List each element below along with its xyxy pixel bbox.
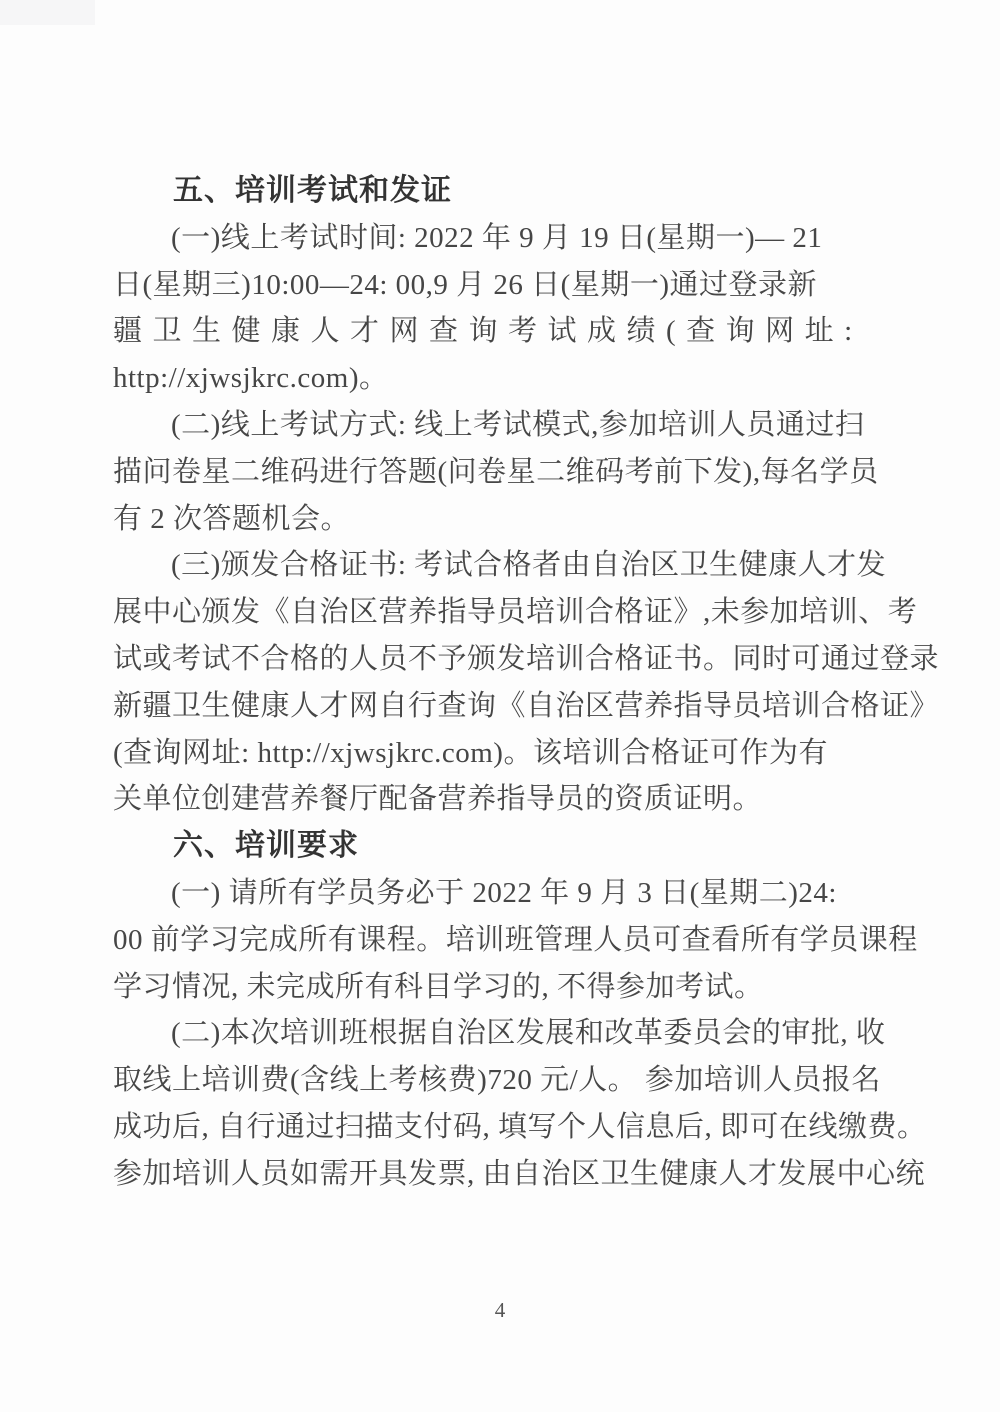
section-heading-training-exam-certification: 五、培训考试和发证: [113, 168, 880, 215]
doc-line: (一) 请所有学员务必于 2022 年 9 月 3 日(星期二)24:: [113, 870, 880, 917]
doc-line-url: http://xjwsjkrc.com)。: [113, 355, 880, 402]
doc-line: (二)本次培训班根据自治区发展和改革委员会的审批, 收: [113, 1010, 880, 1057]
doc-line: 参加培训人员如需开具发票, 由自治区卫生健康人才发展中心统: [113, 1151, 880, 1198]
doc-line: 学习情况, 未完成所有科目学习的, 不得参加考试。: [113, 964, 880, 1011]
doc-line: 展中心颁发《自治区营养指导员培训合格证》,未参加培训、考: [113, 589, 880, 636]
scan-artifact-corner: [0, 0, 95, 25]
doc-line: 取线上培训费(含线上考核费)720 元/人。 参加培训人员报名: [113, 1057, 880, 1104]
doc-line: 疆卫生健康人才网查询考试成绩(查询网址:: [113, 308, 880, 355]
document-body: 五、培训考试和发证 (一)线上考试时间: 2022 年 9 月 19 日(星期一…: [113, 168, 880, 1198]
doc-line: 关单位创建营养餐厅配备营养指导员的资质证明。: [113, 776, 880, 823]
doc-line: 成功后, 自行通过扫描支付码, 填写个人信息后, 即可在线缴费。: [113, 1104, 880, 1151]
doc-line: 试或考试不合格的人员不予颁发培训合格证书。同时可通过登录: [113, 636, 880, 683]
doc-line: 00 前学习完成所有课程。培训班管理人员可查看所有学员课程: [113, 917, 880, 964]
doc-line: 新疆卫生健康人才网自行查询《自治区营养指导员培训合格证》: [113, 683, 880, 730]
page-number: 4: [0, 1292, 1000, 1328]
doc-line: 描问卷星二维码进行答题(问卷星二维码考前下发),每名学员: [113, 449, 880, 496]
doc-line: 日(星期三)10:00—24: 00,9 月 26 日(星期一)通过登录新: [113, 262, 880, 309]
doc-line: (一)线上考试时间: 2022 年 9 月 19 日(星期一)— 21: [113, 215, 880, 262]
doc-line-url: (查询网址: http://xjwsjkrc.com)。该培训合格证可作为有: [113, 730, 880, 777]
section-heading-training-requirements: 六、培训要求: [113, 823, 880, 870]
doc-line: 有 2 次答题机会。: [113, 496, 880, 543]
doc-line: (三)颁发合格证书: 考试合格者由自治区卫生健康人才发: [113, 542, 880, 589]
doc-line: (二)线上考试方式: 线上考试模式,参加培训人员通过扫: [113, 402, 880, 449]
document-page: 五、培训考试和发证 (一)线上考试时间: 2022 年 9 月 19 日(星期一…: [0, 0, 1000, 1412]
